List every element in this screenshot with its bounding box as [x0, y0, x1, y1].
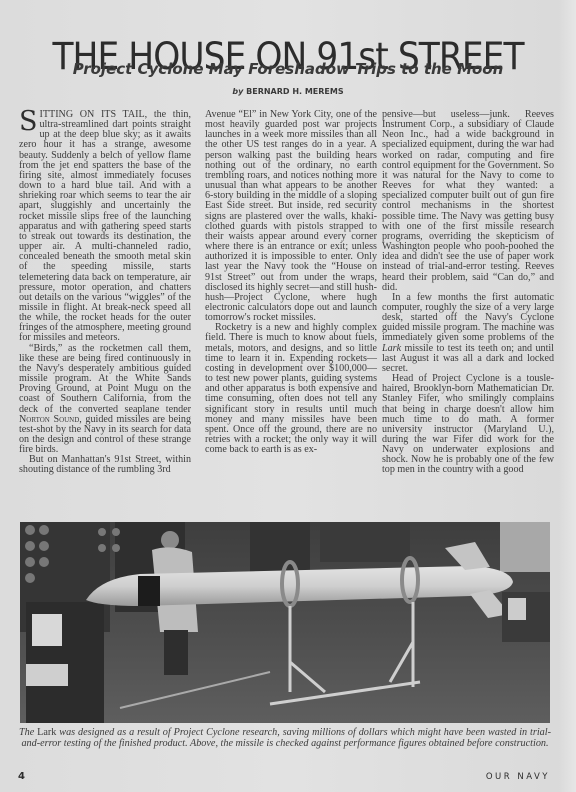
- paragraph: Head of Project Cyclone is a tousle-hair…: [382, 374, 554, 476]
- text-column-2: Avenue “El” in New York City, one of the…: [205, 110, 377, 455]
- photo-caption: The Lark was designed as a result of Pro…: [19, 727, 551, 749]
- paragraph: Rocketry is a new and highly complex fie…: [205, 323, 377, 455]
- paragraph: But on Manhattan's 91st Street, within s…: [19, 455, 191, 475]
- byline-prefix: by: [232, 87, 243, 96]
- missile-name: Lark: [37, 727, 56, 738]
- paragraph-text: In a few months the first automatic comp…: [382, 292, 554, 344]
- text-column-3: pensive—but useless—junk. Reeves Instrum…: [382, 110, 554, 476]
- paragraph: pensive—but useless—junk. Reeves Instrum…: [382, 110, 554, 293]
- photo-illustration: [20, 522, 550, 723]
- article-subtitle: Project Cyclone May Foreshadow Trips to …: [0, 60, 576, 78]
- magazine-name: OUR NAVY: [486, 772, 550, 782]
- byline-author: BERNARD H. MEREMS: [246, 87, 344, 96]
- paragraph-text: “Birds,” as the rocketmen call them, lik…: [19, 343, 191, 415]
- caption-text: was designed as a result of Project Cycl…: [21, 727, 551, 749]
- paragraph-text: missile to test its teeth on; and until …: [382, 343, 554, 374]
- paragraph: In a few months the first automatic comp…: [382, 293, 554, 374]
- byline: by BERNARD H. MEREMS: [0, 87, 576, 96]
- paragraph-text: ITTING ON ITS TAIL, the thin, ultra-stre…: [19, 109, 191, 343]
- paragraph: SITTING ON ITS TAIL, the thin, ultra-str…: [19, 110, 191, 344]
- text-column-1: SITTING ON ITS TAIL, the thin, ultra-str…: [19, 110, 191, 476]
- missile-photo: [20, 522, 550, 723]
- paragraph: Avenue “El” in New York City, one of the…: [205, 110, 377, 323]
- page-number: 4: [18, 771, 25, 782]
- drop-cap: S: [19, 111, 38, 132]
- paragraph: “Birds,” as the rocketmen call them, lik…: [19, 344, 191, 456]
- caption-text: The: [19, 727, 37, 738]
- magazine-page: THE HOUSE ON 91st STREET Project Cyclone…: [0, 0, 576, 792]
